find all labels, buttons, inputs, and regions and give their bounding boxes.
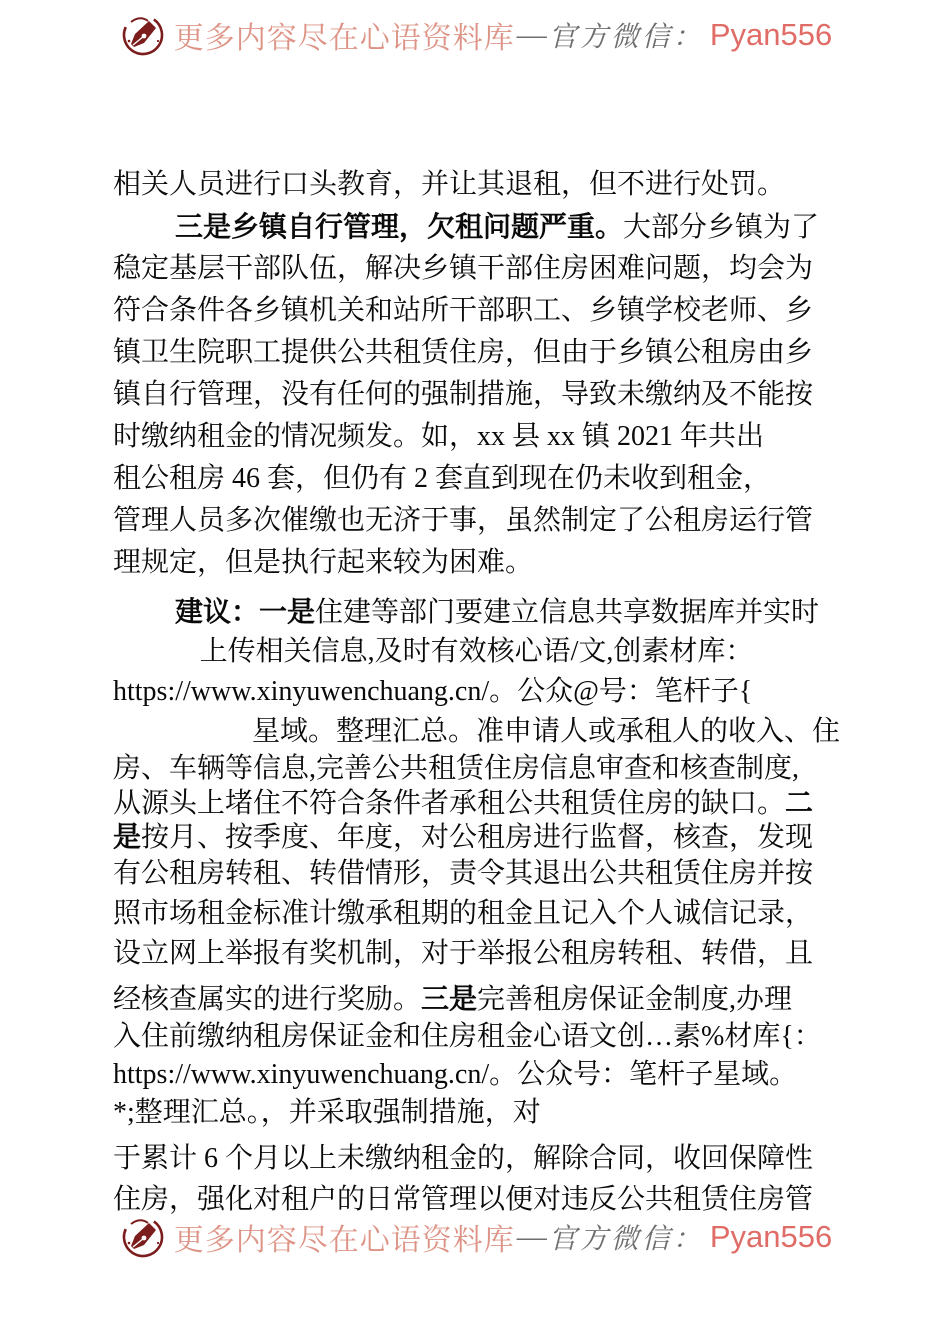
text-line: https://www.xinyuwenchuang.cn/。公众号：笔杆子星域…	[113, 1056, 840, 1094]
text-line: 理规定，但是执行起来较为困难。	[113, 542, 840, 584]
wechat-label: 官方微信：	[549, 15, 704, 55]
text-line: 有公租房转租、转借情形，责令其退出公共租赁住房并按	[113, 854, 840, 894]
text-line: 上传相关信息,及时有效核心语/文,创素材库：	[113, 632, 840, 672]
text-line: 于累计 6 个月以上未缴纳租金的，解除合同，收回保障性	[113, 1138, 840, 1179]
text-line: https://www.xinyuwenchuang.cn/。公众@号：笔杆子{	[113, 672, 840, 712]
text-line: 从源头上堵住不符合条件者承租公共租赁住房的缺口。二	[113, 786, 840, 820]
pen-nib-logo-icon	[118, 10, 168, 60]
text-line: 租公租房 46 套，但仍有 2 套直到现在仍未收到租金，	[113, 458, 840, 500]
text-line: 相关人员进行口头教育，并让其退租，但不进行处罚。	[113, 164, 840, 206]
pen-nib-logo-icon	[118, 1212, 168, 1262]
text-line: 星域。整理汇总。准申请人或承租人的收入、住	[113, 712, 840, 752]
wechat-id: Pyan556	[710, 1219, 832, 1255]
text-line: *;整理汇总。，并采取强制措施，对	[113, 1094, 840, 1132]
text-line: 三是乡镇自行管理，欠租问题严重。大部分乡镇为了	[113, 206, 840, 248]
text-line: 时缴纳租金的情况频发。如，xx 县 xx 镇 2021 年共出	[113, 416, 840, 458]
text-line: 管理人员多次催缴也无济于事，虽然制定了公租房运行管	[113, 500, 840, 542]
text-line: 符合条件各乡镇机关和站所干部职工、乡镇学校老师、乡	[113, 290, 840, 332]
text-line: 镇卫生院职工提供公共租赁住房，但由于乡镇公租房由乡	[113, 332, 840, 374]
text-line: 是按月、按季度、年度，对公租房进行监督，核查，发现	[113, 820, 840, 854]
brand-text: 更多内容尽在心语资料库	[174, 1215, 515, 1259]
text-line: 稳定基层干部队伍，解决乡镇干部住房困难问题，均会为	[113, 248, 840, 290]
document-page: 更多内容尽在心语资料库 — 官方微信： Pyan556 相关人员进行口头教育，并…	[0, 0, 950, 1344]
text-line: 经核查属实的进行奖励。三是完善租房保证金制度,办理	[113, 980, 840, 1018]
text-line: 设立网上举报有奖机制，对于举报公租房转租、转借，且	[113, 934, 840, 974]
text-line: 建议：一是住建等部门要建立信息共享数据库并实时	[113, 592, 840, 632]
separator-dash: —	[517, 18, 547, 52]
separator-dash: —	[517, 1220, 547, 1254]
header-banner: 更多内容尽在心语资料库 — 官方微信： Pyan556	[0, 6, 950, 64]
wechat-label: 官方微信：	[549, 1217, 704, 1257]
text-line: 镇自行管理，没有任何的强制措施，导致未缴纳及不能按	[113, 374, 840, 416]
wechat-id: Pyan556	[710, 17, 832, 53]
text-line: 房、车辆等信息,完善公共租赁住房信息审查和核查制度,	[113, 752, 840, 786]
footer-banner: 更多内容尽在心语资料库 — 官方微信： Pyan556	[0, 1208, 950, 1266]
document-body: 相关人员进行口头教育，并让其退租，但不进行处罚。三是乡镇自行管理，欠租问题严重。…	[113, 164, 840, 1220]
text-line: 入住前缴纳租房保证金和住房租金心语文创…素%材库{：	[113, 1018, 840, 1056]
brand-text: 更多内容尽在心语资料库	[174, 13, 515, 57]
text-line: 照市场租金标准计缴承租期的租金且记入个人诚信记录，	[113, 894, 840, 934]
